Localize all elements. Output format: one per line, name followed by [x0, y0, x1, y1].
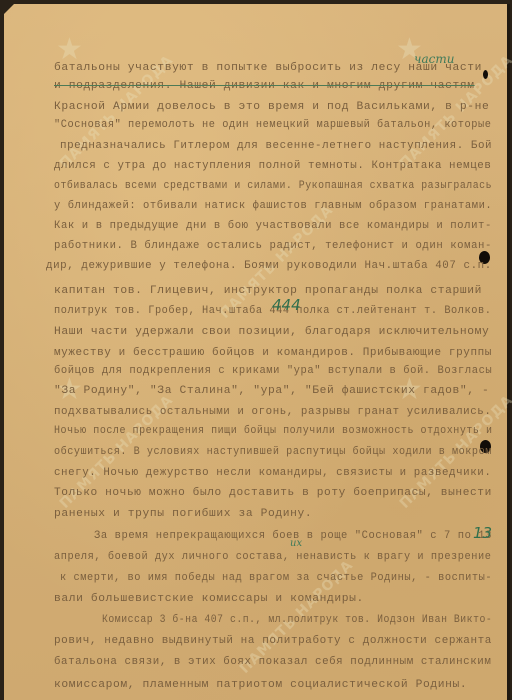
text-line: бойцов для подкрепления с криками "ура" … — [54, 365, 492, 377]
handwritten-annotation: 13 — [473, 524, 492, 542]
handwritten-annotation: их — [290, 538, 302, 549]
text-line: снегу. Ночью дежурство несли командиры, … — [54, 467, 491, 479]
text-line: Красной Армии довелось в это время и под… — [54, 101, 489, 113]
text-line: Комиссар 3 б-на 407 с.п., мл.политрук то… — [102, 614, 492, 626]
text-line: у блиндажей: отбивали натиск фашистов гл… — [54, 200, 492, 212]
text-line: Ночью после прекращения пищи бойцы получ… — [54, 425, 493, 437]
text-line: рович, недавно выдвинутый на политработу… — [54, 635, 492, 647]
text-line: вали большевистские комиссары и командир… — [54, 593, 364, 605]
text-line: дир, дежурившие у телефона. Боями руково… — [46, 260, 492, 272]
typewritten-text: батальоны участвуют в попытке выбросить … — [0, 0, 512, 700]
text-line: работники. В блиндаже остались радист, т… — [54, 240, 492, 252]
text-line: обсушиться. В условиях наступившей распу… — [54, 446, 492, 458]
text-line: отбивалась всеми средствами и силами. Ру… — [54, 180, 492, 192]
text-line: подхватывались остальными и огонь, разры… — [54, 406, 491, 418]
text-line: апреля, боевой дух личного состава, нена… — [54, 551, 491, 563]
text-line: комиссаром, пламенным патриотом социалис… — [54, 679, 467, 691]
text-line: Наши части удержали свои позиции, благод… — [54, 326, 489, 338]
text-line: и подразделения. Нашей дивизии как и мно… — [54, 80, 475, 92]
handwritten-annotation: части — [414, 52, 454, 66]
text-line: "За Родину", "За Сталина", "ура", "Бей ф… — [54, 385, 489, 397]
text-line: к смерти, во имя победы над врагом за сч… — [60, 572, 492, 584]
handwritten-annotation: 444 — [272, 296, 301, 314]
text-line: батальона связи, в этих боях показал себ… — [54, 656, 491, 668]
text-line: Как и в предыдущие дни в бою участвовали… — [54, 220, 492, 232]
text-line: Только ночью можно было доставить в роту… — [54, 487, 492, 499]
text-line: раненых и трупы погибших за Родину. — [54, 508, 312, 520]
text-line: "Сосновая" перемолоть не один немецкий м… — [54, 119, 491, 131]
text-line: мужеству и бесстрашию бойцов и командиро… — [54, 347, 492, 359]
text-line: предназначались Гитлером для весенне-лет… — [60, 140, 492, 152]
text-line: длился с утра до наступления полной темн… — [54, 160, 491, 172]
text-line: капитан тов. Глицевич, инструктор пропаг… — [54, 285, 482, 297]
